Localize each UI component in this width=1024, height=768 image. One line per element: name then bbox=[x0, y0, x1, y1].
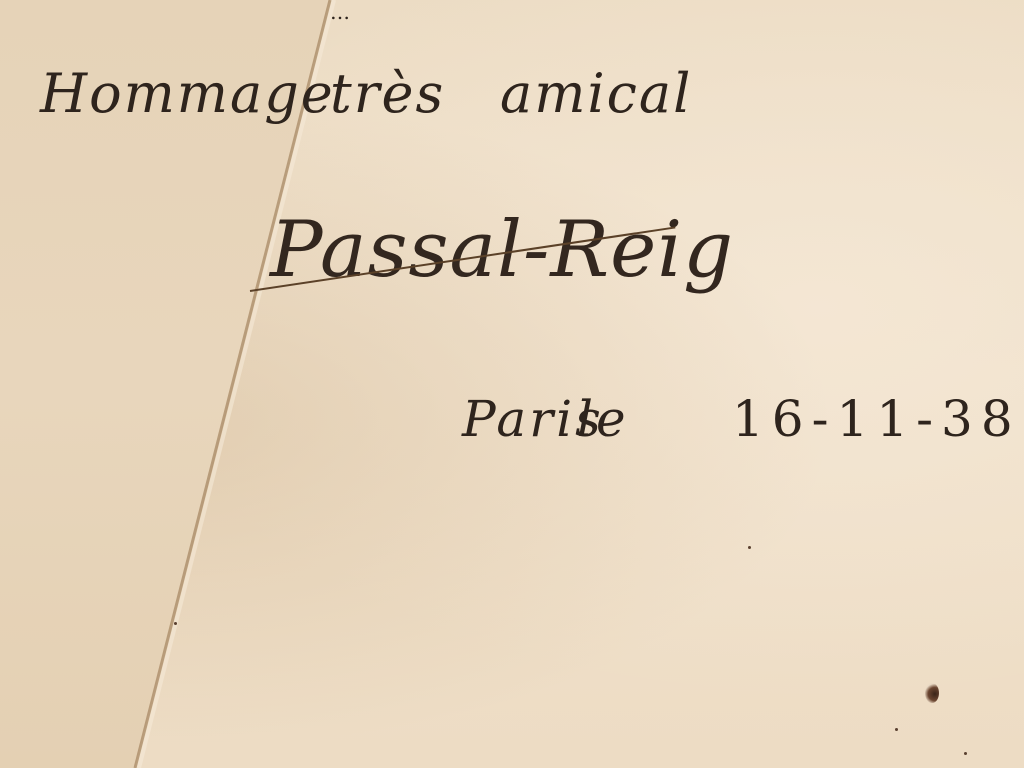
cropped-text-fragment: … bbox=[330, 0, 350, 24]
paper-speck bbox=[748, 546, 751, 549]
dedication-line: Hommage très amical bbox=[40, 62, 335, 125]
paper-speck bbox=[964, 752, 967, 755]
paper-speck bbox=[174, 622, 177, 625]
ink-stain bbox=[925, 683, 939, 703]
dedication-word-amical: amical bbox=[500, 62, 692, 125]
dateline-article: le bbox=[577, 390, 629, 448]
dedication-word-hommage: Hommage bbox=[40, 62, 335, 125]
signature: Passal-Reig bbox=[270, 205, 734, 295]
paper-speck bbox=[895, 728, 898, 731]
dateline-date: 16-11-38 bbox=[732, 390, 1021, 448]
dedication-word-tres: très bbox=[330, 62, 445, 125]
document-page: … Hommage très amical Passal-Reig Paris … bbox=[0, 0, 1024, 768]
